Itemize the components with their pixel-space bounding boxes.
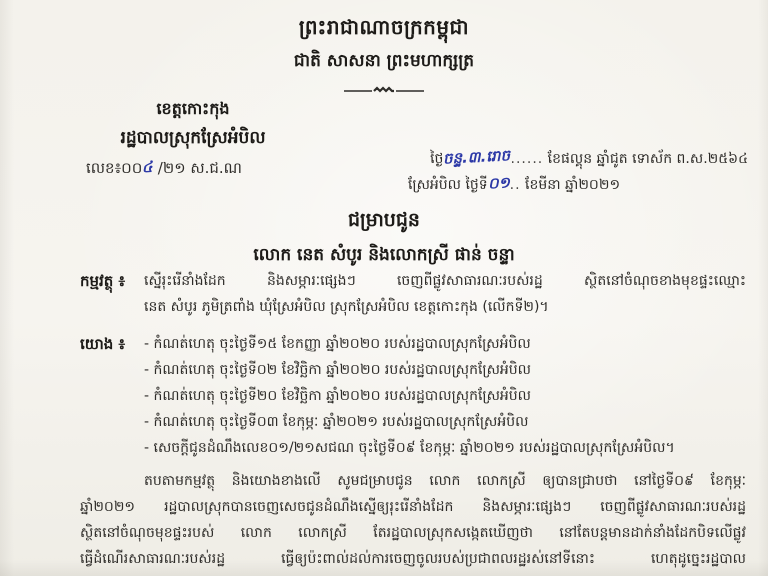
references-label: យោង ៖ <box>80 331 125 357</box>
subject-label: កម្មវត្ថុ ៖ <box>80 268 125 294</box>
subject-line-1: ស្នើរុះរើនាំងដែក និងសម្ភារៈផ្សេងៗ ចេញពីផ… <box>144 268 746 294</box>
body-line-2: ឆ្នាំ២០២១ រដ្ឋបាលស្រុកបានចេញសេចជូនដំណឹងស… <box>80 494 746 520</box>
reference-number-handwritten: ៤ <box>142 158 154 181</box>
scanned-letter-page: ព្រះរាជាណាចក្រកម្ពុជា ជាតិ សាសនា ព្រះមហា… <box>0 0 768 576</box>
lunar-date-suffix: ខែផល្គុន ឆ្នាំជូត ទោស័ក ព.ស.២៥៦៤ <box>543 151 748 167</box>
sender-block: ខេត្តកោះកុង រដ្ឋបាលស្រុកស្រែអំបិល លេខ៖០០… <box>62 98 324 181</box>
district-administration-name: រដ្ឋបាលស្រុកស្រែអំបិល <box>62 127 324 152</box>
reference-item: - សេចក្តីជូនដំណឹងលេខ០១/២១សជណ ចុះថ្ងៃទី០៩… <box>144 435 746 461</box>
place-date-suffix: ខែមីនា ឆ្នាំ២០២១ <box>521 177 620 193</box>
subject-section: កម្មវត្ថុ ៖ ស្នើរុះរើនាំងដែក និងសម្ភារៈផ… <box>80 268 746 320</box>
salutation-title: ជម្រាបជូន <box>0 208 768 236</box>
reference-number-suffix: /២១ ស.ជ.ណ <box>153 159 242 177</box>
place-date-prefix: ស្រែអំបិល ថ្ងៃទី <box>408 177 488 193</box>
lunar-date-line: ថ្ងៃចន្ទ.៣.រោច...... ខែផល្គុន ឆ្នាំជូត ទ… <box>318 146 748 172</box>
lunar-date-handwritten: ចន្ទ.៣.រោច <box>443 143 511 171</box>
place-and-date-line: ស្រែអំបិល ថ្ងៃទី០១.. ខែមីនា ឆ្នាំ២០២១ <box>318 172 748 198</box>
reference-number-line: លេខ៖០០៤ /២១ ស.ជ.ណ <box>62 159 324 181</box>
day-number-handwritten: ០១ <box>487 170 510 196</box>
body-paragraph: តបតាមកម្មវត្ថុ និងយោងខាងលើ សូមជម្រាបជូន … <box>80 468 746 572</box>
body-line-4: ធ្វើដំណើរសាធារណៈរបស់រដ្ឋ ធ្វើឲ្យប៉ះពាល់ដ… <box>80 546 746 572</box>
references-section: យោង ៖ - កំណត់ហេតុ ចុះថ្ងៃទី១៥ ខែកញ្ញា ឆ្… <box>80 331 746 461</box>
salutation-block: ជម្រាបជូន លោក នេត សំបូរ និងលោកស្រី ផាន់ … <box>0 208 768 269</box>
kingdom-title: ព្រះរាជាណាចក្រកម្ពុជា <box>0 14 768 44</box>
national-header: ព្រះរាជាណាចក្រកម្ពុជា ជាតិ សាសនា ព្រះមហា… <box>0 14 768 97</box>
lunar-date-dots: ...... <box>511 151 544 167</box>
body-line-3: ស្ថិតនៅចំណុចមុខផ្ទះរបស់ លោក លោកស្រី តែរដ… <box>80 520 746 546</box>
subject-line-2: នេត សំបូរ ភូមិត្រពាំង ឃុំស្រែអំបិល ស្រុក… <box>144 294 746 320</box>
national-motto: ជាតិ សាសនា ព្រះមហាក្សត្រ <box>0 50 768 75</box>
reference-item: - កំណត់ហេតុ ចុះថ្ងៃទី១៥ ខែកញ្ញា ឆ្នាំ២០២… <box>144 331 746 357</box>
reference-number-prefix: លេខ៖០០ <box>86 159 142 177</box>
header-divider-ornament <box>342 85 426 97</box>
reference-item: - កំណត់ហេតុ ចុះថ្ងៃទី២០ ខែវិច្ឆិកា ឆ្នាំ… <box>144 383 746 409</box>
day-dots: .. <box>510 177 521 193</box>
date-block: ថ្ងៃចន្ទ.៣.រោច...... ខែផល្គុន ឆ្នាំជូត ទ… <box>318 146 748 198</box>
body-line-1: តបតាមកម្មវត្ថុ និងយោងខាងលើ សូមជម្រាបជូន … <box>144 468 746 494</box>
province-name: ខេត្តកោះកុង <box>62 98 324 122</box>
reference-item: - កំណត់ហេតុ ចុះថ្ងៃទី០៣ ខែកុម្ភៈ ឆ្នាំ២០… <box>144 409 746 435</box>
recipient-names: លោក នេត សំបូរ និងលោកស្រី ផាន់ ចន្ទា <box>0 244 768 269</box>
lunar-date-prefix: ថ្ងៃ <box>430 151 443 167</box>
reference-item: - កំណត់ហេតុ ចុះថ្ងៃទី០២ ខែវិច្ឆិកា ឆ្នាំ… <box>144 357 746 383</box>
